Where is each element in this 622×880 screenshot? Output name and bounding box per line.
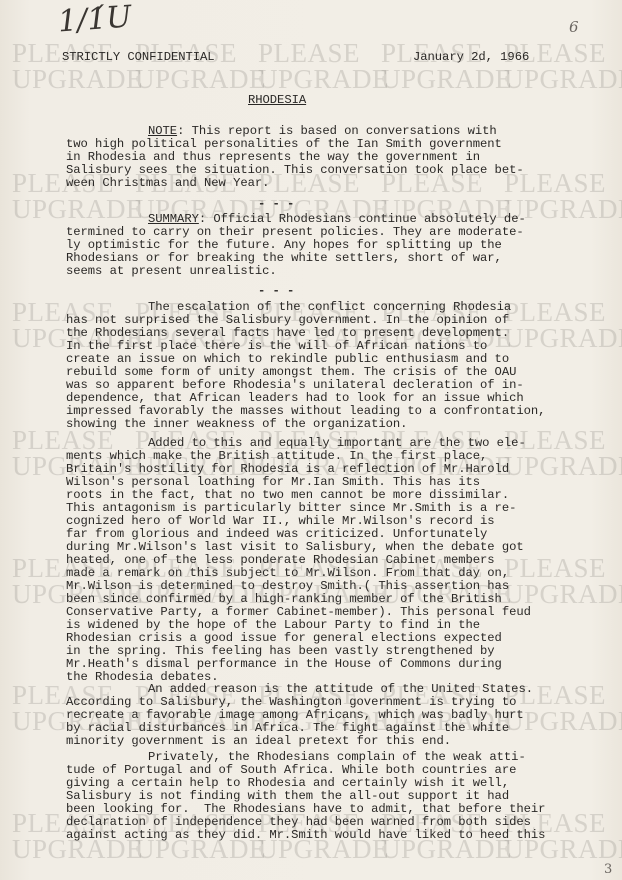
watermark-word: UPGRADE: [381, 64, 504, 95]
note-line: ween Christmas and New Year.: [66, 177, 269, 190]
watermark-word: PLEASE: [258, 38, 381, 69]
handwritten-mark-top-left: 1/1́U: [57, 0, 133, 40]
watermark-word: UPGRADE: [504, 323, 622, 354]
section-separator: - - -: [258, 285, 294, 298]
summary-label: SUMMARY: [148, 212, 199, 226]
page-number: 3: [604, 862, 612, 877]
note-label: NOTE: [148, 124, 177, 138]
watermark-word: UPGRADE: [504, 64, 622, 95]
summary-line-rest: : Official Rhodesians continue absolutel…: [199, 212, 526, 226]
watermark-word: UPGRADE: [12, 64, 135, 95]
watermark-row: UPGRADEUPGRADEUPGRADEUPGRADEUPGRADE: [12, 64, 622, 95]
body-line: against acting as they did. Mr.Smith wou…: [66, 829, 545, 842]
body-line: minority government is an ideal pretext …: [66, 735, 451, 748]
watermark-word: UPGRADE: [504, 451, 622, 482]
watermark-word: PLEASE: [504, 553, 622, 584]
section-separator: - - -: [258, 198, 294, 211]
classification-label: STRICTLY CONFIDENTIAL: [62, 51, 215, 64]
watermark-word: UPGRADE: [12, 194, 135, 225]
note-line-rest: : This report is based on conversations …: [177, 124, 497, 138]
watermark-word: UPGRADE: [135, 64, 258, 95]
document-page: PLEASEPLEASEPLEASEPLEASEPLEASEUPGRADEUPG…: [0, 0, 622, 880]
watermark-word: PLEASE: [504, 297, 622, 328]
document-title: RHODESIA: [248, 94, 306, 107]
watermark-word: UPGRADE: [258, 64, 381, 95]
document-date: January 2d, 1966: [413, 51, 529, 64]
summary-line: seems at present unrealistic.: [66, 265, 277, 278]
handwritten-mark-top-right: 6: [569, 18, 579, 36]
body-line: showing the inner weakness of the organi…: [66, 418, 407, 431]
